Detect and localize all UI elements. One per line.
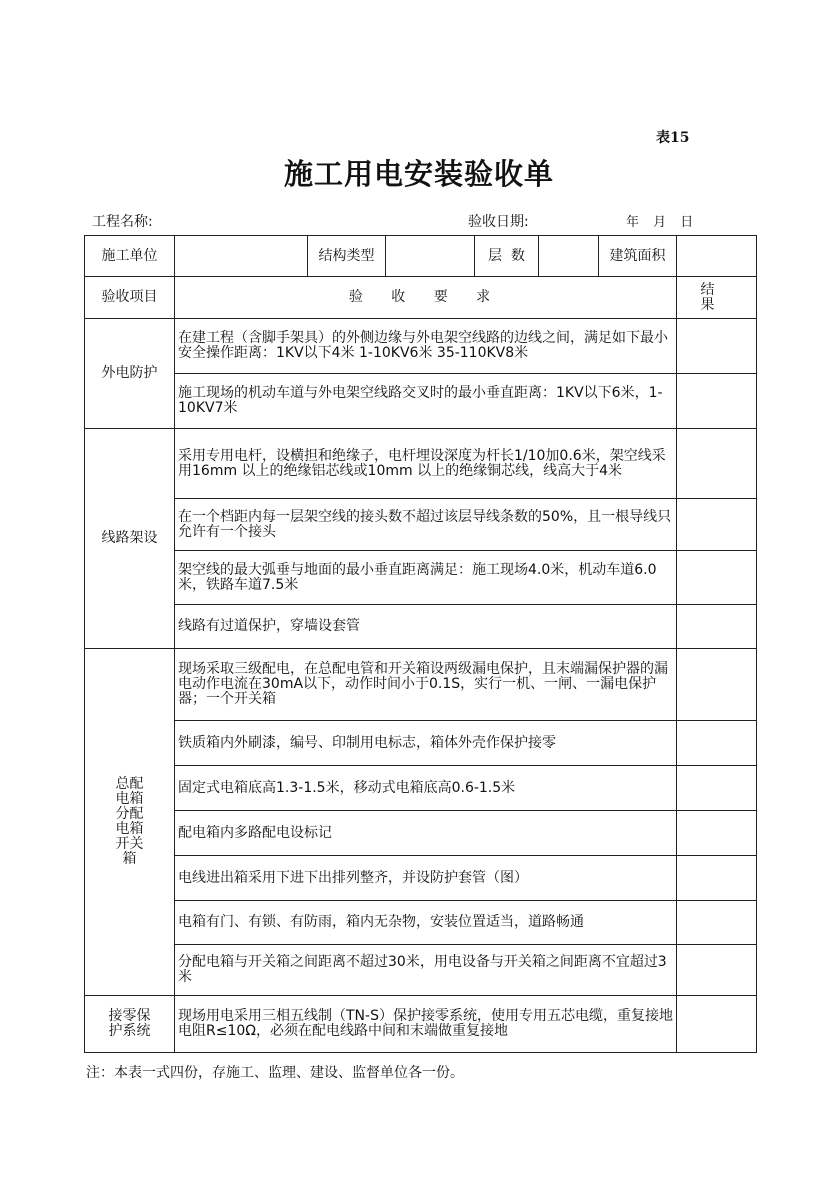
page-title: 施工用电安装验收单 xyxy=(0,152,838,193)
acceptance-date-label: 验收日期: xyxy=(468,211,529,231)
col-header-item: 验收项目 xyxy=(85,277,175,319)
section-label-cell: 接零保护系统 xyxy=(85,996,175,1053)
table-number: 表15 xyxy=(656,127,689,147)
result-field[interactable] xyxy=(677,551,757,605)
requirement-text: 现场采取三级配电，在总配电管和开关箱设两级漏电保护，且末端漏保护器的漏电动作电流… xyxy=(175,649,677,721)
result-field[interactable] xyxy=(677,811,757,856)
requirement-text: 施工现场的机动车道与外电架空线路交叉时的最小垂直距离：1KV以下6米，1-10K… xyxy=(175,374,677,429)
column-header-row: 验收项目 验 收 要 求 结 果 xyxy=(85,277,757,319)
table-row: 电线进出箱采用下进下出排列整齐，并设防护套管（图） xyxy=(85,856,757,901)
result-field[interactable] xyxy=(677,856,757,901)
result-field[interactable] xyxy=(677,945,757,996)
requirement-text: 铁质箱内外刷漆，编号、印制用电标志，箱体外壳作保护接零 xyxy=(175,721,677,766)
result-field[interactable] xyxy=(677,319,757,374)
result-field[interactable] xyxy=(677,901,757,945)
result-field[interactable] xyxy=(677,605,757,649)
acceptance-form-table: 施工单位 结构类型 层 数 建筑面积 验收项目 验 收 要 求 结 果 外电防护… xyxy=(84,235,757,1053)
result-field[interactable] xyxy=(677,649,757,721)
floors-field[interactable] xyxy=(539,236,599,277)
project-name-label: 工程名称: xyxy=(92,211,153,231)
table-row: 施工现场的机动车道与外电架空线路交叉时的最小垂直距离：1KV以下6米，1-10K… xyxy=(85,374,757,429)
table-row: 配电箱内多路配电设标记 xyxy=(85,811,757,856)
requirement-text: 在一个档距内每一层架空线的接头数不超过该层导线条数的50%，且一根导线只允许有一… xyxy=(175,499,677,551)
floors-label: 层 数 xyxy=(475,236,539,277)
requirement-text: 电线进出箱采用下进下出排列整齐，并设防护套管（图） xyxy=(175,856,677,901)
col-header-result: 结 果 xyxy=(677,277,757,319)
col-header-requirement: 验 收 要 求 xyxy=(175,277,677,319)
result-field[interactable] xyxy=(677,996,757,1053)
result-field[interactable] xyxy=(677,429,757,499)
requirement-text: 线路有过道保护，穿墙设套管 xyxy=(175,605,677,649)
table-row: 外电防护 在建工程（含脚手架具）的外侧边缘与外电架空线路的边线之间，满足如下最小… xyxy=(85,319,757,374)
footer-note: 注：本表一式四份，存施工、监理、建设、监督单位各一份。 xyxy=(86,1062,464,1082)
table-row: 架空线的最大弧垂与地面的最小垂直距离满足：施工现场4.0米，机动车道6.0米，铁… xyxy=(85,551,757,605)
section-label: 总配电箱分配电箱开关箱 xyxy=(114,777,146,867)
result-field[interactable] xyxy=(677,374,757,429)
requirement-text: 在建工程（含脚手架具）的外侧边缘与外电架空线路的边线之间，满足如下最小安全操作距… xyxy=(175,319,677,374)
requirement-text: 架空线的最大弧垂与地面的最小垂直距离满足：施工现场4.0米，机动车道6.0米，铁… xyxy=(175,551,677,605)
section-label: 接零保护系统 xyxy=(106,1009,154,1039)
requirement-text: 现场用电采用三相五线制（TN-S）保护接零系统，使用专用五芯电缆，重复接地电阻R… xyxy=(175,996,677,1053)
structure-type-field[interactable] xyxy=(386,236,475,277)
table-row: 总配电箱分配电箱开关箱 现场采取三级配电，在总配电管和开关箱设两级漏电保护，且末… xyxy=(85,649,757,721)
requirement-text: 固定式电箱底高1.3-1.5米，移动式电箱底高0.6-1.5米 xyxy=(175,766,677,811)
table-row: 线路有过道保护，穿墙设套管 xyxy=(85,605,757,649)
building-area-label: 建筑面积 xyxy=(599,236,677,277)
result-field[interactable] xyxy=(677,721,757,766)
table-row: 接零保护系统 现场用电采用三相五线制（TN-S）保护接零系统，使用专用五芯电缆，… xyxy=(85,996,757,1053)
table-row: 铁质箱内外刷漆，编号、印制用电标志，箱体外壳作保护接零 xyxy=(85,721,757,766)
requirement-text: 分配电箱与开关箱之间距离不超过30米，用电设备与开关箱之间距离不宜超过3米 xyxy=(175,945,677,996)
result-field[interactable] xyxy=(677,766,757,811)
building-area-field[interactable] xyxy=(677,236,757,277)
requirement-text: 电箱有门、有锁、有防雨，箱内无杂物，安装位置适当，道路畅通 xyxy=(175,901,677,945)
section-label: 外电防护 xyxy=(85,319,175,429)
table-row: 电箱有门、有锁、有防雨，箱内无杂物，安装位置适当，道路畅通 xyxy=(85,901,757,945)
requirement-text: 配电箱内多路配电设标记 xyxy=(175,811,677,856)
section-label-cell: 总配电箱分配电箱开关箱 xyxy=(85,649,175,996)
date-placeholder: 年 月 日 xyxy=(626,211,693,230)
section-label: 线路架设 xyxy=(85,429,175,649)
requirement-text: 采用专用电杆，设横担和绝缘子，电杆埋设深度为杆长1/10加0.6米，架空线采用1… xyxy=(175,429,677,499)
header-info-row: 施工单位 结构类型 层 数 建筑面积 xyxy=(85,236,757,277)
construction-unit-field[interactable] xyxy=(175,236,308,277)
result-field[interactable] xyxy=(677,499,757,551)
structure-type-label: 结构类型 xyxy=(308,236,386,277)
table-row: 分配电箱与开关箱之间距离不超过30米，用电设备与开关箱之间距离不宜超过3米 xyxy=(85,945,757,996)
construction-unit-label: 施工单位 xyxy=(85,236,175,277)
table-row: 固定式电箱底高1.3-1.5米，移动式电箱底高0.6-1.5米 xyxy=(85,766,757,811)
table-row: 在一个档距内每一层架空线的接头数不超过该层导线条数的50%，且一根导线只允许有一… xyxy=(85,499,757,551)
table-row: 线路架设 采用专用电杆，设横担和绝缘子，电杆埋设深度为杆长1/10加0.6米，架… xyxy=(85,429,757,499)
